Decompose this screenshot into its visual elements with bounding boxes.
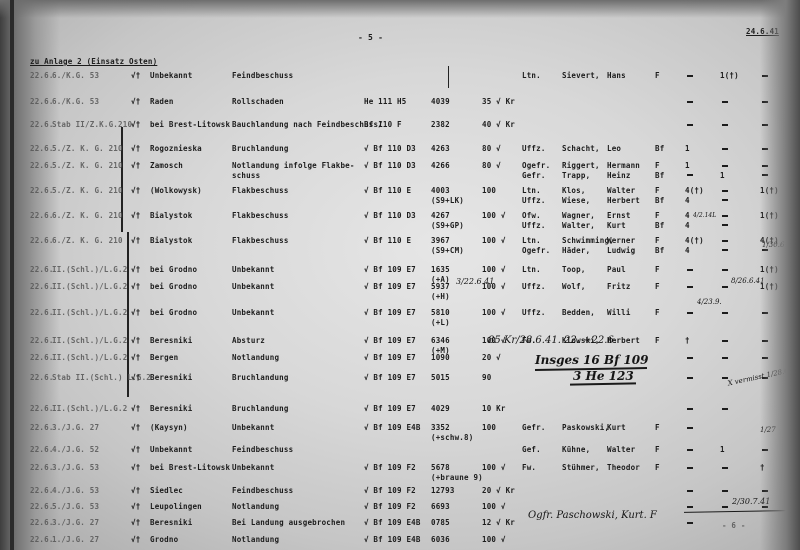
cell-rank: Fw. (522, 463, 536, 472)
cell-firstname: Paul (607, 265, 626, 274)
cell-firstname: Walter (607, 445, 635, 454)
cell-aircraft: √ Bf 110 D3 (364, 144, 416, 153)
cell-location: (Kaysyn) (150, 423, 188, 432)
cell-werknr: 5015 (431, 373, 450, 382)
cell-unit: 3./J.G. 27 (52, 423, 99, 432)
cell-c2: 1 (720, 445, 725, 454)
cell-mark: √† (131, 404, 140, 413)
cell-cause: Notlandung (232, 535, 279, 544)
cell-surname: Wagner, (562, 211, 595, 220)
cell-unit: 4./J.G. 52 (52, 445, 99, 454)
cell-c1: 4 (685, 211, 690, 220)
dash-c1 (687, 427, 693, 429)
cell-c1: 4(†) (685, 236, 704, 245)
cell-day: 22.6. (30, 211, 54, 220)
cell-location: bei Grodno (150, 308, 197, 317)
cell-surname: Bedden, (562, 308, 595, 317)
cell-werknr: 4266 (431, 161, 450, 170)
cell-day: 22.6. (30, 353, 54, 362)
cell-unit: II.(Schl.)/L.G.2 (52, 308, 127, 317)
cell-role-line2: Bf (655, 196, 664, 205)
cell-damage: 20 √ (482, 353, 501, 362)
cell-aircraft: √ Bf 109 E7 (364, 265, 416, 274)
cell-unit: 3./J.G. 27 (52, 518, 99, 527)
cell-rank: Ogefr. (522, 161, 550, 170)
cell-aircraft: √ Bf 109 E7 (364, 308, 416, 317)
cell-firstname-line2: Ludwig (607, 246, 635, 255)
cell-mark: √† (131, 97, 140, 106)
cell-werknr: 4263 (431, 144, 450, 153)
handwritten-note: 8/26.6.41 (731, 277, 765, 285)
cell-firstname: Kurt (607, 423, 626, 432)
cell-cause: Bei Landung ausgebrochen (232, 518, 345, 527)
cell-rank: Uffz. (522, 282, 546, 291)
cell-werknr: 0785 (431, 518, 450, 527)
handwritten-note: 1/27 (760, 426, 776, 434)
cell-cause: Flakbeschuss (232, 236, 289, 245)
cell-rank-line2: Gefr. (522, 171, 546, 180)
dash-c2 (722, 249, 728, 251)
dash-c2 (722, 506, 728, 508)
cell-location: bei Brest-Litowsk (150, 120, 230, 129)
cell-surname: Toop, (562, 265, 586, 274)
cell-cause-line2: schuss (232, 171, 260, 180)
cell-day: 22.6. (30, 336, 54, 345)
cell-surname: Klos, (562, 186, 586, 195)
cell-rank: Ofw. (522, 211, 541, 220)
cell-aircraft: √ Bf 110 E (364, 236, 411, 245)
cell-c1: 1 (685, 144, 690, 153)
dash-c3 (762, 174, 768, 176)
cell-day: 22.6. (30, 463, 54, 472)
cell-c3: 4(†) (760, 236, 779, 245)
cell-role: F (655, 211, 660, 220)
handwritten-note: Ogfr. Paschowski, Kurt. F (528, 510, 657, 521)
dash-c2 (722, 490, 728, 492)
cell-damage: 100 √ (482, 502, 506, 511)
cell-role: F (655, 308, 660, 317)
dash-c1 (687, 269, 693, 271)
dash-c2 (722, 199, 728, 201)
cell-surname: Kühne, (562, 445, 590, 454)
cell-location: Raden (150, 97, 174, 106)
ink-underline (570, 382, 636, 385)
cell-aircraft: √ Bf 109 E7 (364, 336, 416, 345)
dash-c2 (722, 312, 728, 314)
cell-firstname: Leo (607, 144, 621, 153)
cell-day: 22.6. (30, 265, 54, 274)
cell-day: 22.6. (30, 404, 54, 413)
dash-c2 (722, 240, 728, 242)
handwritten-note: 2/30.7.41 (732, 497, 770, 506)
cell-unit: II.(Schl.)/L.G.2 (52, 265, 127, 274)
cell-day: 22.6. (30, 120, 54, 129)
cell-aircraft: √ Bf 109 E7 (364, 353, 416, 362)
cell-mark: √† (131, 353, 140, 362)
cell-unit: 5./Z. K. G. 210 (52, 144, 123, 153)
cell-aircraft: √ Bf 109 E7 (364, 404, 416, 413)
page-number: - 5 - (358, 33, 383, 42)
cell-rank-line2: Ogefr. (522, 246, 550, 255)
cell-cause: Notlandung (232, 502, 279, 511)
cell-aircraft: √ Bf 110 D3 (364, 161, 416, 170)
cell-rank: Gefr. (522, 423, 546, 432)
dash-c1 (687, 522, 693, 524)
dash-c2 (722, 286, 728, 288)
cell-werknr: 4039 (431, 97, 450, 106)
cell-damage: 100 √ (482, 265, 506, 274)
cell-werknr-line2: (+braune 9) (431, 473, 483, 482)
cell-rank: Ltn. (522, 71, 541, 80)
cell-aircraft: √ Bf 110 E (364, 186, 411, 195)
cell-mark: √† (131, 502, 140, 511)
cell-cause: Unbekannt (232, 282, 274, 291)
handwritten-note: Insges 16 Bf 109 (535, 353, 648, 367)
document-date: 24.6.41 (746, 27, 779, 36)
cell-damage: 100 √ (482, 463, 506, 472)
cell-surname-line2: Trapp, (562, 171, 590, 180)
dash-c1 (687, 357, 693, 359)
dash-c2 (722, 215, 728, 217)
cell-mark: √† (131, 445, 140, 454)
cell-firstname: Hermann (607, 161, 640, 170)
cell-location: Beresniki (150, 373, 192, 382)
cell-damage: 35 √ Kr (482, 97, 515, 106)
cell-damage: 40 √ Kr (482, 120, 515, 129)
cell-werknr: 5810 (431, 308, 450, 317)
cell-unit: II.(Schl.)/L.G.2 (52, 404, 127, 413)
cell-unit: 4./J.G. 53 (52, 486, 99, 495)
dash-c2 (722, 408, 728, 410)
cell-werknr: 1635 (431, 265, 450, 274)
cell-location: Unbekannt (150, 445, 192, 454)
cell-location: Beresniki (150, 404, 192, 413)
cell-location: Grodno (150, 535, 178, 544)
cell-surname: Riggert, (562, 161, 600, 170)
cell-location: Siedlec (150, 486, 183, 495)
cell-werknr-line2: (S9+CM) (431, 246, 464, 255)
cell-cause: Bruchlandung (232, 404, 289, 413)
dash-c1 (687, 506, 693, 508)
cell-unit: 6./Z. K. G. 210 (52, 211, 123, 220)
cell-day: 22.6. (30, 535, 54, 544)
cell-day: 22.6. (30, 282, 54, 291)
cell-role: F (655, 463, 660, 472)
cell-unit: 5./Z. K. G. 210 (52, 186, 123, 195)
cell-damage: 100 √ (482, 308, 506, 317)
cell-role: F (655, 186, 660, 195)
cell-damage: 100 √ (482, 535, 506, 544)
cell-c2-line2: 1 (720, 171, 725, 180)
cell-day: 22.6. (30, 486, 54, 495)
cell-werknr: 6693 (431, 502, 450, 511)
cell-rank: Ltn. (522, 265, 541, 274)
cell-day: 22.6. (30, 373, 54, 382)
dash-c2 (722, 467, 728, 469)
ink-underline (684, 510, 788, 513)
cell-rank: Uffz. (522, 308, 546, 317)
cell-mark: √† (131, 486, 140, 495)
dash-c3 (762, 148, 768, 150)
cell-cause: Feindbeschuss (232, 71, 293, 80)
cell-firstname-line2: Herbert (607, 196, 640, 205)
dash-c2 (722, 148, 728, 150)
cell-location: Unbekannt (150, 71, 192, 80)
dash-c1 (687, 377, 693, 379)
dash-c1 (687, 490, 693, 492)
cell-location: Bergen (150, 353, 178, 362)
dash-c2 (722, 165, 728, 167)
cell-firstname: Fritz (607, 282, 631, 291)
cell-location: Rogoznieska (150, 144, 202, 153)
cell-role: F (655, 282, 660, 291)
cell-unit: II.(Schl.)/L.G.2 (52, 282, 127, 291)
cell-c1-line2: 4 (685, 196, 690, 205)
section-header: zu Anlage 2 (Einsatz Osten) (30, 57, 157, 66)
cell-damage: 20 √ Kr (482, 486, 515, 495)
dash-c2 (722, 124, 728, 126)
dash-c1 (687, 174, 693, 176)
dash-c2 (722, 101, 728, 103)
cell-werknr-line2: (S9+GP) (431, 221, 464, 230)
bottom-page-mark: - 6 - (722, 521, 746, 530)
cell-werknr: 1090 (431, 353, 450, 362)
cell-unit: 3./J.G. 53 (52, 463, 99, 472)
cell-unit: 6./K.G. 53 (52, 97, 99, 106)
cell-surname: Stühmer, (562, 463, 600, 472)
cell-surname: Wolf, (562, 282, 586, 291)
cell-location: bei Brest-Litowsk (150, 463, 230, 472)
cell-day: 22.6. (30, 161, 54, 170)
cell-location: (Wolkowysk) (150, 186, 202, 195)
cell-aircraft: √ Bf 110 D3 (364, 211, 416, 220)
cell-cause: Flakbeschuss (232, 211, 289, 220)
cell-c1: 1 (685, 161, 690, 170)
cell-day: 22.6. (30, 308, 54, 317)
cell-cause: Bruchlandung (232, 144, 289, 153)
cell-cause: Bauchlandung nach Feindbeschuss/ (232, 120, 383, 129)
cell-location: Zamosch (150, 161, 183, 170)
dash-c2 (722, 224, 728, 226)
cell-unit: Stab II/Z.K.G.210 (52, 120, 132, 129)
cell-mark: √† (131, 236, 140, 245)
cell-damage: 12 √ Kr (482, 518, 515, 527)
cell-unit: II.(Schl.)/L.G.2 (52, 353, 127, 362)
cell-aircraft: √ Bf 109 E4B (364, 423, 421, 432)
cell-aircraft: √ Bf 109 E4B (364, 535, 421, 544)
cell-damage: 100 (482, 423, 496, 432)
cell-note: 1(†) (760, 186, 779, 195)
dash-c1 (687, 449, 693, 451)
cell-c3: 1(†) (760, 265, 779, 274)
cell-location: Leupolingen (150, 502, 202, 511)
dash-c2 (722, 357, 728, 359)
cell-werknr: 12793 (431, 486, 455, 495)
cell-role-line2: Bf (655, 246, 664, 255)
cell-cause: Unbekannt (232, 423, 274, 432)
cell-werknr: 5678 (431, 463, 450, 472)
cell-mark: √† (131, 308, 140, 317)
cell-cause: Notlandung (232, 353, 279, 362)
cell-unit: 6./Z. K. G. 210 (52, 236, 123, 245)
dash-c3 (762, 312, 768, 314)
handwritten-note: 1/30.6 (762, 241, 784, 249)
top-shadow (0, 0, 800, 18)
cell-c2: 1(†) (720, 71, 739, 80)
cell-role: F (655, 236, 660, 245)
cell-unit: 1./J.G. 27 (52, 535, 99, 544)
cell-werknr-line2: (+L) (431, 318, 450, 327)
cell-c1-line2: 4 (685, 246, 690, 255)
cell-cause: Absturz (232, 336, 265, 345)
cell-werknr-line2: (+schw.8) (431, 433, 473, 442)
cell-damage: 100 √ (482, 211, 506, 220)
cell-role: F (655, 445, 660, 454)
cell-surname-line2: Walter, (562, 221, 595, 230)
cell-unit: 5./Z. K. G. 210 (52, 161, 123, 170)
cell-firstname: Walter (607, 186, 635, 195)
cell-day: 22.6. (30, 423, 54, 432)
cell-mark: √† (131, 423, 140, 432)
cell-damage: 10 Kr (482, 404, 506, 413)
cell-location: Beresniki (150, 336, 192, 345)
cell-day: 22.6. (30, 71, 54, 80)
cell-rank-line2: Uffz. (522, 196, 546, 205)
cell-werknr: 3967 (431, 236, 450, 245)
dash-c1 (687, 312, 693, 314)
cell-firstname: Willi (607, 308, 631, 317)
cell-mark: √† (131, 161, 140, 170)
cell-surname-line2: Häder, (562, 246, 590, 255)
cell-firstname: Werner (607, 236, 635, 245)
dash-c3 (762, 449, 768, 451)
cell-cause: Feindbeschuss (232, 486, 293, 495)
handwritten-note: 4/2.14L (693, 212, 716, 219)
cell-damage: 100 (482, 186, 496, 195)
cell-cause: Bruchlandung (232, 373, 289, 382)
cell-surname: Paskowski, (562, 423, 609, 432)
cell-mark: √† (131, 144, 140, 153)
cell-aircraft: He 111 H5 (364, 97, 406, 106)
cell-aircraft: Bf 110 F (364, 120, 402, 129)
dash-c1 (687, 101, 693, 103)
cell-cause: Unbekannt (232, 308, 274, 317)
cell-damage: 80 √ (482, 161, 501, 170)
cell-cause: Unbekannt (232, 265, 274, 274)
dash-c2 (722, 190, 728, 192)
cell-mark: √† (131, 120, 140, 129)
cell-surname-line2: Wiese, (562, 196, 590, 205)
cell-aircraft: √ Bf 109 F2 (364, 502, 416, 511)
cell-mark: √† (131, 518, 140, 527)
cell-day: 22.6. (30, 502, 54, 511)
dash-c3 (762, 165, 768, 167)
dash-c1 (687, 75, 693, 77)
cell-werknr: 6036 (431, 535, 450, 544)
cell-role: F (655, 161, 660, 170)
cell-day: 22.6. (30, 144, 54, 153)
cell-werknr: 3352 (431, 423, 450, 432)
dash-c3 (762, 340, 768, 342)
dash-c3 (762, 357, 768, 359)
cell-location: bei Grodno (150, 265, 197, 274)
cell-location: Bialystok (150, 211, 192, 220)
cell-rank: Gef. (522, 445, 541, 454)
cell-firstname: Theodor (607, 463, 640, 472)
cell-werknr: 4029 (431, 404, 450, 413)
cell-werknr: 4267 (431, 211, 450, 220)
cell-damage: 100 √ (482, 236, 506, 245)
he111-bracket (448, 66, 449, 88)
cell-firstname: Hans (607, 71, 626, 80)
cell-surname: Schacht, (562, 144, 600, 153)
cell-aircraft: √ Bf 109 E4B (364, 518, 421, 527)
cell-rank-line2: Uffz. (522, 221, 546, 230)
handwritten-note: 3 He 123 (573, 369, 634, 383)
cell-aircraft: √ Bf 109 E7 (364, 373, 416, 382)
handwritten-note: X vermisst 1/28.6.41 (727, 364, 800, 387)
cell-cause: Flakbeschuss (232, 186, 289, 195)
handwritten-note: 4/23.9. (697, 298, 722, 306)
cell-c3: † (760, 463, 765, 472)
cell-werknr: 4003 (431, 186, 450, 195)
handwritten-note: 3/22.6.41 (456, 277, 494, 286)
cell-note: 1(†) (760, 282, 779, 291)
cell-mark: √† (131, 535, 140, 544)
dash-c3 (762, 506, 768, 508)
cell-cause: Rollschaden (232, 97, 284, 106)
cell-day: 22.6. (30, 97, 54, 106)
cell-role-line2: Bf (655, 171, 664, 180)
cell-day: 22.6. (30, 445, 54, 454)
cell-unit: 5./J.G. 53 (52, 502, 99, 511)
cell-role: F (655, 265, 660, 274)
cell-day: 22.6. (30, 236, 54, 245)
cell-rank: Ltn. (522, 186, 541, 195)
dash-c3 (762, 101, 768, 103)
cell-aircraft: √ Bf 109 F2 (364, 486, 416, 495)
cell-mark: √† (131, 373, 140, 382)
cell-mark: √† (131, 71, 140, 80)
dash-c3 (762, 124, 768, 126)
cell-firstname: Ernst (607, 211, 631, 220)
dash-c3 (762, 490, 768, 492)
cell-mark: √† (131, 282, 140, 291)
cell-unit: II.(Schl.)/L.G.2 (52, 336, 127, 345)
binding-edge (10, 0, 14, 550)
cell-role: F (655, 423, 660, 432)
cell-mark: √† (131, 336, 140, 345)
cell-role: F (655, 336, 660, 345)
cell-cause: Unbekannt (232, 463, 274, 472)
cell-cause: Notlandung infolge Flakbe- (232, 161, 355, 170)
cell-location: bei Grodno (150, 282, 197, 291)
cell-c1-line2: 4 (685, 221, 690, 230)
cell-note: 1(†) (760, 211, 779, 220)
cell-mark: √† (131, 463, 140, 472)
cell-day: 22.6. (30, 518, 54, 527)
cell-c1: 4(†) (685, 186, 704, 195)
dash-c2 (722, 269, 728, 271)
cell-aircraft: √ Bf 109 F2 (364, 463, 416, 472)
dash-c3 (762, 377, 768, 379)
cell-role: Bf (655, 144, 664, 153)
cell-surname: Sievert, (562, 71, 600, 80)
dash-c2 (722, 340, 728, 342)
cell-rank: Ltn. (522, 236, 541, 245)
document-page: - 5 - 24.6.41 zu Anlage 2 (Einsatz Osten… (0, 0, 800, 550)
cell-rank: Uffz. (522, 144, 546, 153)
